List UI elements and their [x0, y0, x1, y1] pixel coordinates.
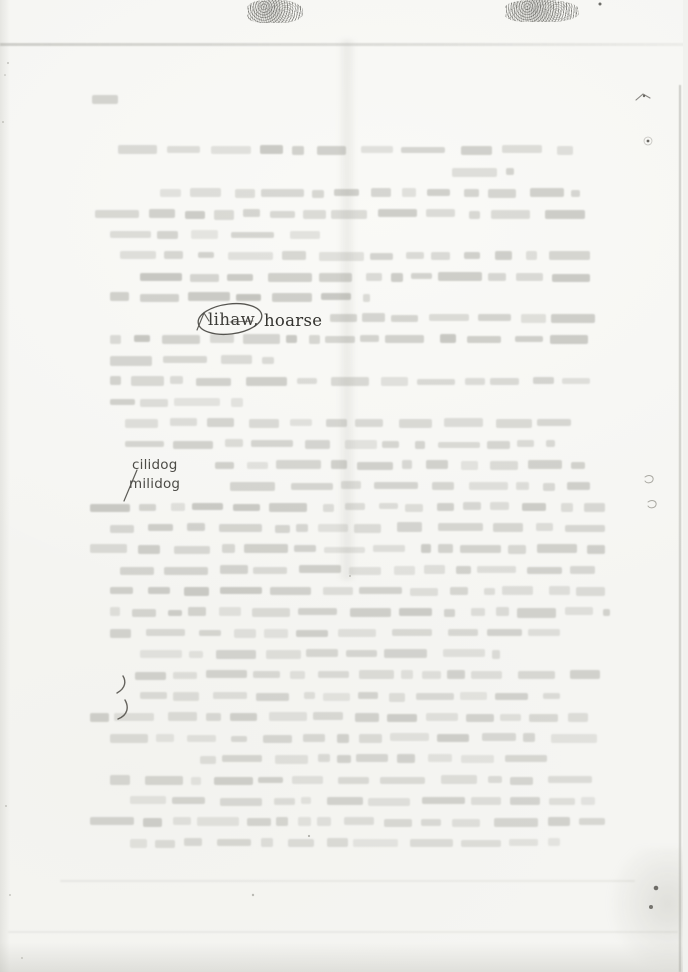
bleedthrough-line-segment	[391, 273, 403, 282]
bleedthrough-line-segment	[125, 419, 158, 428]
bleedthrough-line-segment	[214, 777, 253, 785]
bleedthrough-line-segment	[354, 524, 380, 533]
bleedthrough-line-segment	[225, 439, 244, 447]
bleedthrough-line-segment	[140, 294, 179, 303]
bleedthrough-line-segment	[603, 609, 610, 616]
bleedthrough-line-segment	[469, 482, 508, 491]
bleedthrough-line-segment	[120, 251, 156, 259]
bleedthrough-line-segment	[382, 441, 398, 448]
bleedthrough-line-segment	[548, 838, 560, 847]
bleedthrough-line-segment	[549, 798, 575, 805]
bleedthrough-line-segment	[500, 714, 521, 721]
bleedthrough-line-segment	[567, 482, 590, 491]
bleedthrough-line-segment	[587, 545, 605, 554]
bleedthrough-line-segment	[548, 817, 570, 826]
bleedthrough-line-segment	[216, 650, 256, 659]
bleedthrough-line-segment	[397, 522, 423, 531]
bleedthrough-line-segment	[243, 209, 260, 218]
bleedthrough-line-segment	[421, 544, 431, 553]
bleedthrough-line-segment	[421, 819, 441, 826]
bleedthrough-line-segment	[543, 693, 560, 700]
bleedthrough-line-segment	[233, 504, 260, 512]
bleedthrough-line-segment	[90, 817, 134, 825]
bleedthrough-line-segment	[206, 670, 248, 679]
bleedthrough-line-segment	[134, 335, 150, 342]
bleedthrough-line-segment	[188, 292, 230, 301]
bleedthrough-line-segment	[90, 544, 127, 552]
bleedthrough-line-segment	[337, 755, 351, 763]
bleedthrough-line-segment	[456, 566, 471, 575]
ink-dot	[599, 3, 602, 6]
bleedthrough-line-segment	[306, 649, 338, 658]
bleedthrough-line-segment	[268, 273, 312, 283]
bleedthrough-line-segment	[304, 692, 316, 699]
bleedthrough-line-segment	[292, 776, 323, 784]
bleedthrough-line-segment	[294, 545, 317, 552]
bleedthrough-line-segment	[357, 462, 393, 470]
bleedthrough-line-segment	[373, 545, 405, 553]
bleedthrough-line-segment	[579, 818, 605, 825]
bleedthrough-line-segment	[543, 483, 555, 492]
bleedthrough-line-segment	[140, 399, 168, 407]
bleedthrough-line-segment	[188, 607, 206, 616]
bleedthrough-line-segment	[374, 482, 418, 489]
bleedthrough-line-segment	[196, 378, 231, 386]
bleedthrough-line-segment	[368, 798, 410, 806]
bleedthrough-line-segment	[145, 776, 183, 784]
bleedthrough-line-segment	[576, 587, 605, 596]
bleedthrough-line-segment	[222, 755, 262, 762]
bleedthrough-line-segment	[410, 839, 453, 847]
bleedthrough-line-segment	[173, 441, 213, 449]
bleedthrough-line-segment	[114, 713, 154, 721]
bleedthrough-line-segment	[157, 231, 178, 239]
bleedthrough-line-segment	[502, 586, 534, 595]
bleedthrough-line-segment	[452, 168, 497, 177]
bleedthrough-line-segment	[518, 671, 555, 679]
bleedthrough-line-segment	[530, 188, 564, 197]
bleedthrough-line-segment	[170, 376, 184, 384]
bleedthrough-line-segment	[346, 650, 377, 657]
bleedthrough-line-segment	[256, 693, 289, 702]
bleedthrough-line-segment	[172, 797, 204, 804]
bleedthrough-line-segment	[359, 670, 394, 679]
bleedthrough-line-segment	[392, 629, 433, 636]
bleedthrough-line-segment	[447, 670, 465, 679]
bleedthrough-line-segment	[110, 292, 129, 301]
bleedthrough-line-segment	[337, 734, 349, 743]
bleedthrough-line-segment	[571, 462, 585, 469]
bleedthrough-line-segment	[110, 775, 130, 784]
bleedthrough-line-segment	[528, 460, 562, 469]
bleedthrough-line-segment	[244, 544, 288, 552]
bleedthrough-line-segment	[120, 567, 154, 575]
bleedthrough-line-segment	[546, 440, 555, 447]
bleedthrough-line-segment	[162, 335, 200, 344]
bleedthrough-line-segment	[298, 817, 311, 826]
bleedthrough-line-segment	[508, 545, 526, 554]
scan-streak	[60, 880, 635, 882]
bleedthrough-line-segment	[110, 335, 121, 344]
bleedthrough-line-segment	[510, 777, 533, 786]
bleedthrough-line-segment	[362, 313, 385, 322]
page-edge-line	[679, 85, 681, 972]
bleedthrough-line-segment	[90, 713, 109, 722]
bleedthrough-line-segment	[426, 713, 459, 721]
annotation-word-hoarse: hoarse	[264, 313, 322, 330]
bleedthrough-line-segment	[461, 146, 493, 156]
bleedthrough-line-segment	[318, 754, 330, 762]
bleedthrough-line-segment	[359, 587, 402, 595]
bleedthrough-line-segment	[359, 734, 382, 743]
bleedthrough-line-segment	[471, 608, 485, 616]
bleedthrough-line-segment	[253, 671, 281, 678]
bleedthrough-line-segment	[551, 734, 597, 743]
bleedthrough-line-segment	[495, 251, 512, 260]
bleedthrough-line-segment	[270, 211, 295, 218]
bleedthrough-line-segment	[466, 714, 494, 721]
bleedthrough-line-segment	[366, 273, 382, 281]
bleedthrough-line-segment	[313, 712, 343, 720]
bleedthrough-line-segment	[467, 336, 501, 344]
scan-bottom-shadow	[0, 942, 688, 972]
bleedthrough-line-segment	[426, 209, 455, 217]
bleedthrough-line-segment	[424, 565, 446, 574]
bleedthrough-line-segment	[417, 379, 455, 386]
scan-streak	[8, 931, 678, 933]
bleedthrough-line-segment	[568, 713, 587, 722]
bleedthrough-line-segment	[548, 776, 592, 783]
bleedthrough-line-segment	[570, 670, 600, 679]
bleedthrough-line-segment	[384, 649, 427, 658]
bleedthrough-line-segment	[406, 252, 425, 259]
bleedthrough-line-segment	[355, 419, 384, 427]
bleedthrough-line-segment	[521, 314, 546, 323]
bleedthrough-line-segment	[110, 734, 148, 743]
bleedthrough-line-segment	[422, 797, 466, 804]
bleedthrough-line-segment	[570, 566, 595, 574]
bleedthrough-line-segment	[394, 566, 415, 575]
margin-hook-icon	[118, 700, 127, 719]
bleedthrough-line-segment	[461, 840, 501, 847]
bleedthrough-line-segment	[338, 777, 369, 785]
bleedthrough-line-segment	[426, 460, 448, 469]
bleedthrough-line-segment	[118, 145, 157, 154]
bleedthrough-line-segment	[323, 504, 335, 512]
bleedthrough-line-segment	[431, 252, 450, 260]
bleedthrough-line-segment	[163, 356, 207, 363]
annotation-word-lihaw: lihaw,	[208, 312, 259, 329]
bleedthrough-line-segment	[246, 377, 287, 386]
bleedthrough-line-segment	[296, 524, 308, 532]
bleedthrough-line-segment	[399, 608, 433, 616]
bleedthrough-line-segment	[461, 755, 494, 763]
bleedthrough-line-segment	[260, 145, 283, 154]
bleedthrough-line-segment	[168, 712, 197, 721]
bleedthrough-line-segment	[371, 188, 392, 197]
bleedthrough-line-segment	[303, 210, 325, 219]
bleedthrough-line-segment	[571, 190, 580, 197]
bleedthrough-line-segment	[110, 356, 152, 366]
bleedthrough-line-segment	[140, 650, 182, 659]
bleedthrough-line-segment	[355, 713, 380, 722]
bleedthrough-line-segment	[247, 462, 268, 469]
bleedthrough-line-segment	[438, 523, 483, 531]
bleedthrough-line-segment	[190, 274, 218, 281]
bleedthrough-line-segment	[318, 671, 350, 678]
bleedthrough-line-segment	[174, 546, 211, 554]
bleedthrough-line-segment	[286, 335, 297, 343]
bleedthrough-line-segment	[110, 399, 135, 406]
bleedthrough-line-segment	[410, 588, 438, 596]
bleedthrough-line-segment	[110, 231, 151, 238]
bleedthrough-line-segment	[429, 314, 470, 321]
bleedthrough-line-segment	[492, 650, 500, 659]
bleedthrough-line-segment	[266, 650, 301, 659]
bleedthrough-line-segment	[210, 334, 234, 343]
bleedthrough-line-segment	[110, 629, 131, 638]
bleedthrough-line-segment	[231, 232, 275, 239]
bleedthrough-line-segment	[184, 838, 201, 846]
bleedthrough-line-segment	[363, 294, 370, 302]
bleedthrough-line-segment	[160, 189, 181, 198]
page-fold-shadow	[338, 40, 356, 580]
bleedthrough-line-segment	[164, 567, 208, 575]
bleedthrough-line-segment	[148, 524, 173, 532]
bleedthrough-line-segment	[378, 209, 417, 217]
bleedthrough-line-segment	[297, 378, 317, 385]
bleedthrough-line-segment	[125, 441, 164, 448]
bleedthrough-line-segment	[549, 586, 570, 595]
bleedthrough-line-segment	[552, 274, 590, 282]
bleedthrough-line-segment	[443, 649, 486, 657]
bleedthrough-line-segment	[370, 253, 393, 260]
bleedthrough-line-segment	[219, 607, 241, 616]
bleedthrough-line-segment	[402, 460, 413, 469]
bleedthrough-line-segment	[491, 210, 530, 219]
bleedthrough-line-segment	[211, 146, 251, 153]
bleedthrough-line-segment	[379, 503, 398, 510]
bleedthrough-line-segment	[381, 377, 408, 386]
bleedthrough-line-segment	[437, 503, 454, 512]
bleedthrough-line-segment	[231, 398, 243, 407]
bleedthrough-line-segment	[187, 735, 215, 742]
bleedthrough-line-segment	[110, 376, 121, 385]
bleedthrough-line-segment	[148, 587, 170, 594]
bleedthrough-line-segment	[401, 147, 445, 154]
bleedthrough-line-segment	[199, 630, 221, 637]
bleedthrough-line-segment	[323, 587, 354, 596]
bleedthrough-line-segment	[173, 817, 191, 825]
ink-dot	[643, 95, 645, 97]
bleedthrough-line-segment	[551, 314, 595, 323]
bleedthrough-line-segment	[234, 629, 256, 638]
bleedthrough-line-segment	[361, 146, 394, 154]
bleedthrough-line-segment	[495, 693, 528, 700]
bleedthrough-line-segment	[213, 692, 248, 699]
bleedthrough-line-segment	[493, 523, 524, 532]
bleedthrough-line-segment	[305, 440, 330, 449]
bleedthrough-line-segment	[380, 777, 425, 784]
bleedthrough-line-segment	[130, 796, 166, 804]
bleedthrough-line-segment	[249, 419, 279, 427]
bleedthrough-line-segment	[516, 273, 543, 282]
bleedthrough-line-segment	[389, 693, 405, 702]
bleedthrough-line-segment	[416, 693, 454, 700]
bleedthrough-line-segment	[584, 503, 606, 512]
bleedthrough-line-segment	[146, 629, 185, 636]
bleedthrough-line-segment	[264, 629, 288, 638]
bleedthrough-line-segment	[171, 503, 186, 511]
bleedthrough-line-segment	[135, 672, 166, 681]
bleedthrough-line-segment	[391, 315, 418, 322]
bleedthrough-line-segment	[438, 272, 482, 281]
bleedthrough-line-segment	[561, 503, 573, 512]
bleedthrough-line-segment	[219, 524, 262, 532]
bleedthrough-line-segment	[557, 146, 574, 155]
bleedthrough-line-segment	[261, 838, 273, 846]
bleedthrough-line-segment	[173, 692, 200, 701]
bleedthrough-line-segment	[189, 651, 202, 658]
bleedthrough-line-segment	[323, 693, 350, 701]
bleedthrough-line-segment	[526, 251, 538, 260]
bleedthrough-line-segment	[230, 482, 275, 491]
bleedthrough-line-segment	[230, 713, 257, 721]
bleedthrough-line-segment	[217, 839, 251, 846]
bleedthrough-line-segment	[131, 376, 164, 385]
bleedthrough-line-segment	[450, 587, 468, 595]
bleedthrough-line-segment	[353, 839, 398, 848]
bleedthrough-line-segment	[488, 189, 516, 198]
bleedthrough-line-segment	[490, 461, 518, 470]
bleedthrough-line-segment	[482, 733, 516, 741]
ink-ring	[644, 137, 652, 145]
bleedthrough-line-segment	[95, 210, 139, 218]
bleedthrough-line-segment	[502, 145, 542, 153]
bleedthrough-line-segment	[427, 189, 450, 196]
bleedthrough-line-segment	[184, 587, 209, 596]
bleedthrough-line-segment	[261, 189, 304, 198]
bleedthrough-line-segment	[301, 797, 311, 804]
bleedthrough-line-segment	[437, 734, 469, 743]
bleedthrough-line-segment	[496, 419, 532, 428]
bleedthrough-line-segment	[490, 378, 519, 385]
bleedthrough-line-segment	[243, 334, 280, 343]
bleedthrough-line-segment	[173, 672, 197, 679]
scan-right-margin	[683, 0, 688, 972]
bleedthrough-line-segment	[207, 418, 234, 427]
bleedthrough-line-segment	[469, 211, 480, 219]
bleedthrough-line-segment	[550, 335, 588, 344]
bleedthrough-line-segment	[149, 209, 175, 218]
bleedthrough-line-segment	[399, 419, 432, 428]
bleedthrough-line-segment	[110, 525, 134, 533]
bleedthrough-line-segment	[231, 736, 247, 743]
bleedthrough-line-segment	[170, 418, 197, 426]
bleedthrough-line-segment	[276, 460, 321, 468]
bleedthrough-line-segment	[517, 440, 534, 447]
bleedthrough-line-segment	[478, 314, 512, 321]
bleedthrough-line-segment	[138, 545, 160, 554]
bleedthrough-line-segment	[527, 567, 562, 575]
bleedthrough-line-segment	[197, 817, 239, 826]
bleedthrough-line-segment	[565, 607, 593, 615]
bleedthrough-line-segment	[227, 274, 253, 281]
bleedthrough-line-segment	[275, 525, 291, 533]
squiggle-mark	[645, 476, 653, 483]
bleedthrough-line-segment	[510, 797, 540, 805]
bleedthrough-line-segment	[448, 629, 478, 636]
bleedthrough-line-segment	[274, 798, 295, 805]
bleedthrough-line-segment	[477, 566, 516, 573]
bleedthrough-line-segment	[132, 609, 156, 617]
margin-hook-icon	[117, 676, 125, 693]
bleedthrough-line-segment	[401, 670, 413, 679]
bleedthrough-line-segment	[484, 588, 495, 595]
graphite-smudge	[505, 0, 579, 22]
bleedthrough-line-segment	[428, 754, 453, 762]
bleedthrough-line-segment	[411, 273, 433, 280]
bleedthrough-line-segment	[303, 734, 326, 743]
bleedthrough-line-segment	[549, 251, 590, 260]
bleedthrough-line-segment	[191, 777, 201, 785]
bleedthrough-line-segment	[528, 629, 560, 636]
bleedthrough-line-segment	[360, 335, 379, 342]
bleedthrough-line-segment	[222, 544, 236, 553]
bleedthrough-line-segment	[290, 231, 320, 238]
bleedthrough-line-segment	[90, 504, 130, 513]
bleedthrough-line-segment	[358, 692, 378, 699]
bleedthrough-line-segment	[168, 610, 182, 617]
bleedthrough-line-segment	[440, 334, 456, 343]
bleedthrough-line-segment	[198, 252, 214, 259]
bleedthrough-line-segment	[464, 252, 480, 259]
bleedthrough-line-segment	[140, 692, 167, 699]
bleedthrough-line-segment	[488, 776, 501, 783]
bleedthrough-line-segment	[344, 817, 374, 825]
bleedthrough-line-segment	[402, 188, 417, 197]
bleedthrough-line-segment	[438, 442, 480, 449]
bleedthrough-line-segment	[290, 671, 305, 679]
bleedthrough-line-segment	[515, 336, 544, 343]
bleedthrough-line-segment	[390, 733, 429, 741]
bleedthrough-line-segment	[228, 252, 273, 261]
bleedthrough-line-segment	[460, 545, 501, 554]
bleedthrough-line-segment	[258, 777, 283, 784]
bleedthrough-line-segment	[110, 587, 133, 594]
bleedthrough-line-segment	[221, 355, 252, 364]
bleedthrough-line-segment	[247, 818, 271, 826]
bleedthrough-line-segment	[220, 798, 262, 806]
bleedthrough-line-segment	[156, 734, 174, 742]
bleedthrough-line-segment	[444, 609, 455, 618]
bleedthrough-line-segment	[517, 608, 556, 618]
bleedthrough-line-segment	[537, 419, 571, 427]
bleedthrough-line-segment	[252, 608, 290, 617]
annotation-word-cilidog: cilidog	[132, 459, 177, 473]
bleedthrough-line-segment	[545, 210, 584, 219]
bleedthrough-line-segment	[140, 273, 182, 281]
bleedthrough-line-segment	[581, 797, 595, 806]
scanned-page: lihaw, hoarse cilidog milidog	[0, 0, 688, 972]
bleedthrough-line-segment	[275, 755, 308, 764]
bleedthrough-line-segment	[387, 714, 417, 722]
bleedthrough-line-segment	[185, 211, 204, 219]
bleedthrough-line-segment	[130, 839, 147, 848]
bleedthrough-line-segment	[338, 629, 376, 637]
graphite-smudge	[247, 0, 303, 23]
squiggle-mark	[648, 501, 656, 508]
